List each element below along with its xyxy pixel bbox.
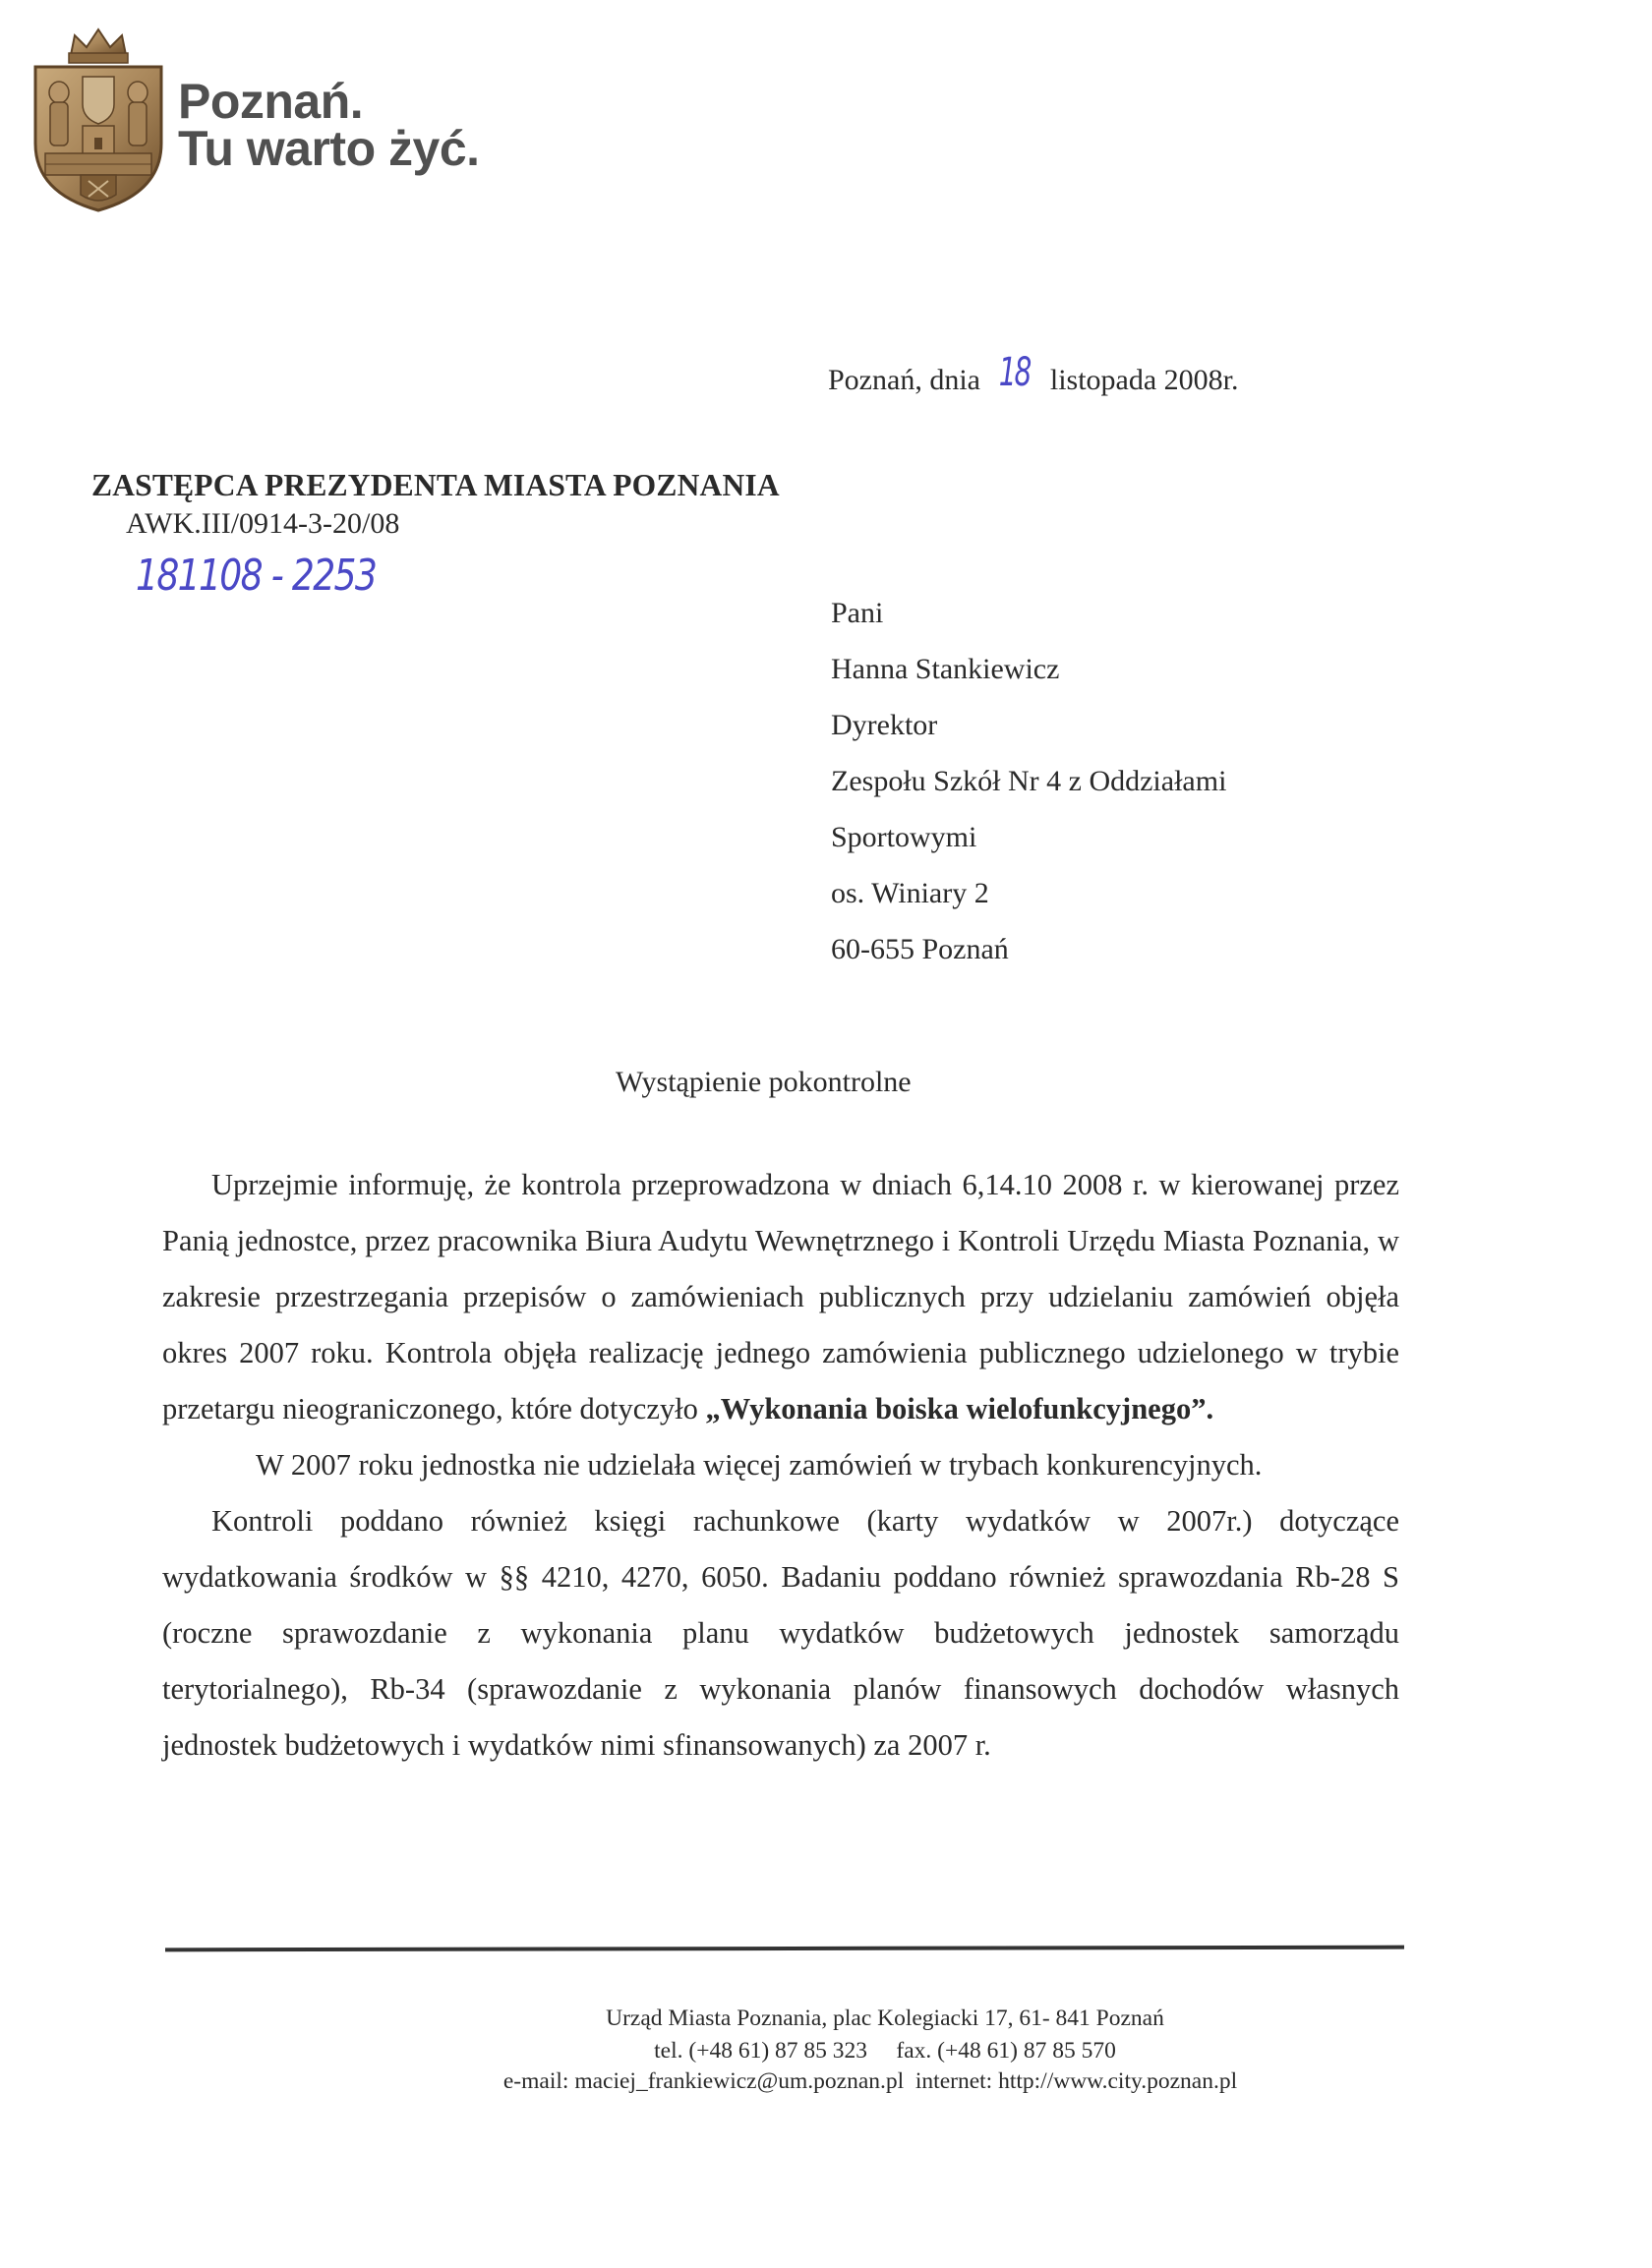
footer-internet-label: internet:	[915, 2068, 992, 2094]
handwritten-registry-number: 181108 - 2253	[136, 551, 376, 601]
handwritten-day: 18	[999, 350, 1030, 395]
body-paragraph-2: W 2007 roku jednostka nie udzielała więc…	[162, 1437, 1399, 1493]
footer-divider	[165, 1946, 1404, 1952]
footer-fax: fax. (+48 61) 87 85 570	[896, 2038, 1115, 2064]
date-suffix: listopada 2008r.	[1050, 364, 1239, 396]
body-paragraph-1: Uprzejmie informuję, że kontrola przepro…	[162, 1157, 1399, 1437]
recipient-position: Dyrektor	[831, 709, 937, 742]
slogan-line-1: Poznań.	[178, 77, 363, 126]
date-line: Poznań, dnia18listopada 2008r.	[828, 354, 1239, 399]
slogan-line-2: Tu warto żyć.	[178, 124, 480, 173]
footer-website-link[interactable]: http://www.city.poznan.pl	[998, 2068, 1237, 2094]
recipient-salutation: Pani	[831, 597, 883, 630]
poznan-coat-of-arms-icon	[31, 26, 165, 212]
footer-email-label: e-mail:	[503, 2068, 569, 2094]
reference-number: AWK.III/0914-3-20/08	[126, 507, 399, 541]
date-prefix: Poznań, dnia	[828, 364, 980, 396]
letter-subject: Wystąpienie pokontrolne	[616, 1066, 912, 1099]
sender-title: ZASTĘPCA PREZYDENTA MIASTA POZNANIA	[91, 468, 780, 503]
body-paragraph-1-text: Uprzejmie informuję, że kontrola przepro…	[162, 1168, 1399, 1425]
letter-body: Uprzejmie informuję, że kontrola przepro…	[162, 1157, 1399, 1774]
footer-email-link[interactable]: maciej_frankiewicz@um.poznan.pl	[574, 2068, 904, 2094]
recipient-institution: Zespołu Szkół Nr 4 z Oddziałami	[831, 765, 1226, 798]
contract-name: „Wykonania boiska wielofunkcyjnego”.	[705, 1392, 1213, 1425]
footer-contact: tel. (+48 61) 87 85 323 fax. (+48 61) 87…	[59, 2038, 1652, 2064]
footer-address: Urząd Miasta Poznania, plac Kolegiacki 1…	[59, 2006, 1652, 2032]
recipient-street: os. Winiary 2	[831, 877, 989, 910]
body-paragraph-3: Kontroli poddano również księgi rachunko…	[162, 1493, 1399, 1774]
footer-online: e-mail: maciej_frankiewicz@um.poznan.pl …	[44, 2068, 1652, 2095]
recipient-institution-cont: Sportowymi	[831, 821, 976, 854]
recipient-postal-city: 60-655 Poznań	[831, 933, 1009, 966]
footer-phone: tel. (+48 61) 87 85 323	[654, 2038, 867, 2064]
recipient-name: Hanna Stankiewicz	[831, 653, 1059, 686]
